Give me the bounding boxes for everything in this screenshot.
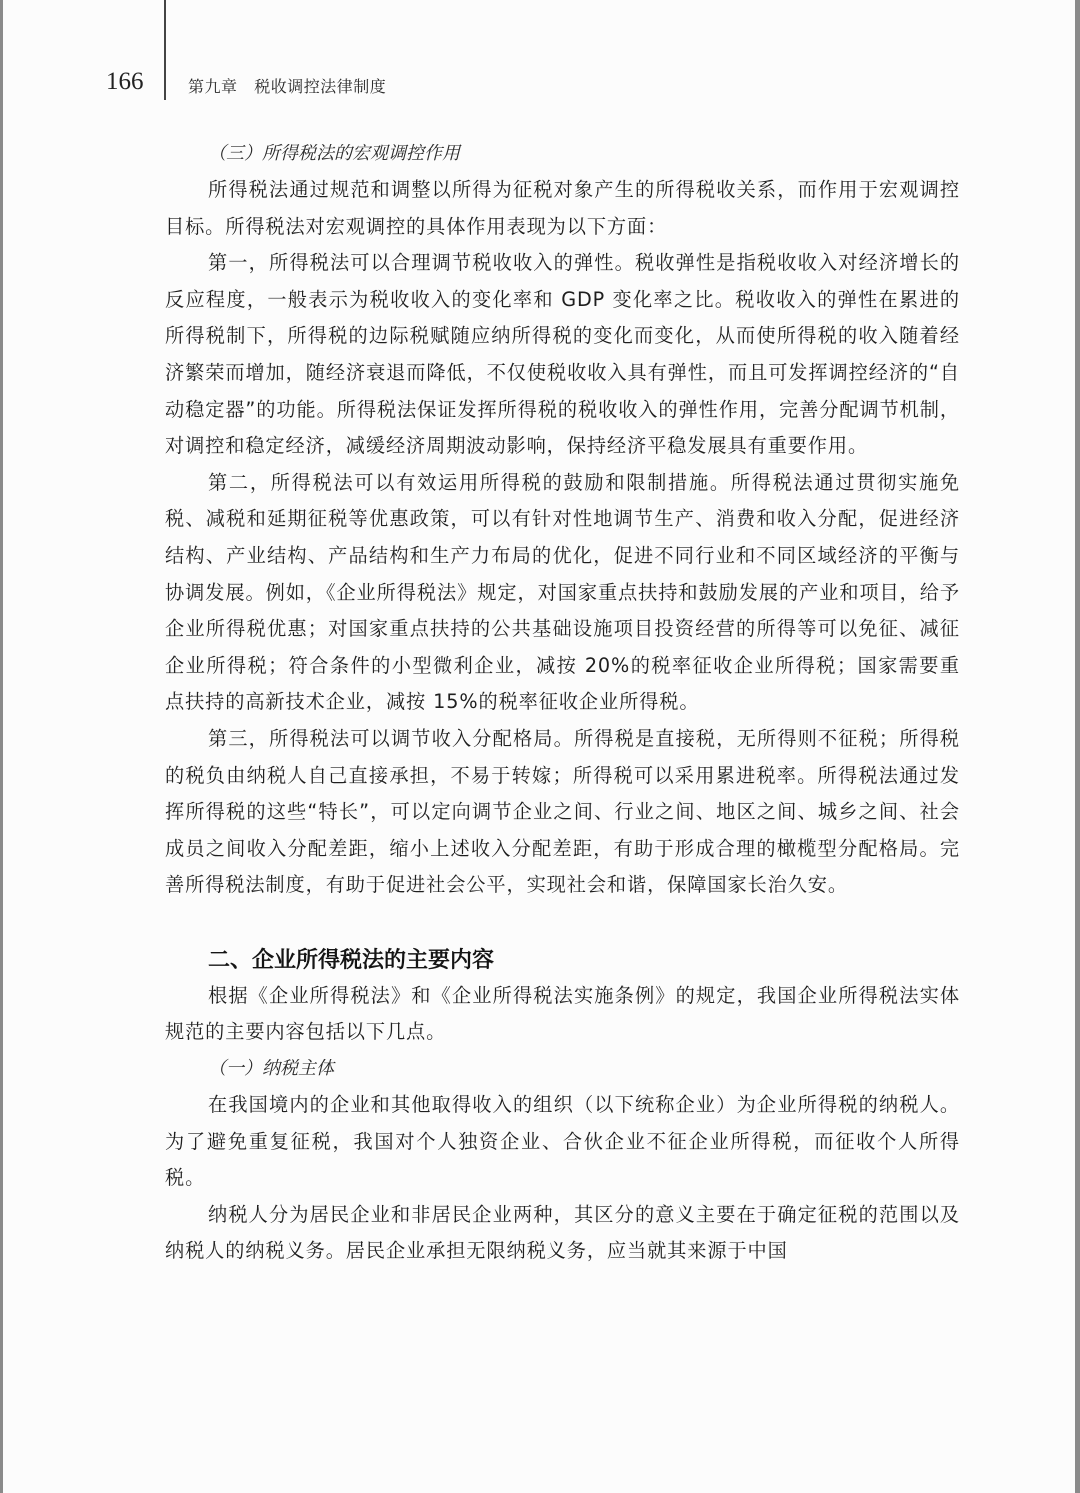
subsection-heading: （三）所得税法的宏观调控作用 <box>165 136 960 172</box>
paragraph: 第二，所得税法可以有效运用所得税的鼓励和限制措施。所得税法通过贯彻实施免税、减税… <box>165 465 960 721</box>
subsection-heading: （一）纳税主体 <box>165 1051 960 1087</box>
paragraph: 在我国境内的企业和其他取得收入的组织（以下统称企业）为企业所得税的纳税人。为了避… <box>165 1087 960 1197</box>
section-heading: 二、企业所得税法的主要内容 <box>165 944 960 978</box>
paragraph: 所得税法通过规范和调整以所得为征税对象产生的所得税收关系，而作用于宏观调控目标。… <box>165 172 960 245</box>
paragraph: 第一，所得税法可以合理调节税收收入的弹性。税收弹性是指税收收入对经济增长的反应程… <box>165 245 960 465</box>
running-head: 第九章 税收调控法律制度 <box>188 74 386 97</box>
paragraph: 纳税人分为居民企业和非居民企业两种，其区分的意义主要在于确定征税的范围以及纳税人… <box>165 1197 960 1270</box>
page-edge-right <box>1075 0 1080 1493</box>
paragraph: 根据《企业所得税法》和《企业所得税法实施条例》的规定，我国企业所得税法实体规范的… <box>165 978 960 1051</box>
page-number: 166 <box>106 68 144 96</box>
page-edge-left <box>0 0 3 1493</box>
page-content: （三）所得税法的宏观调控作用 所得税法通过规范和调整以所得为征税对象产生的所得税… <box>165 136 960 1270</box>
paragraph: 第三，所得税法可以调节收入分配格局。所得税是直接税，无所得则不征税；所得税的税负… <box>165 721 960 904</box>
header-divider <box>164 0 166 100</box>
